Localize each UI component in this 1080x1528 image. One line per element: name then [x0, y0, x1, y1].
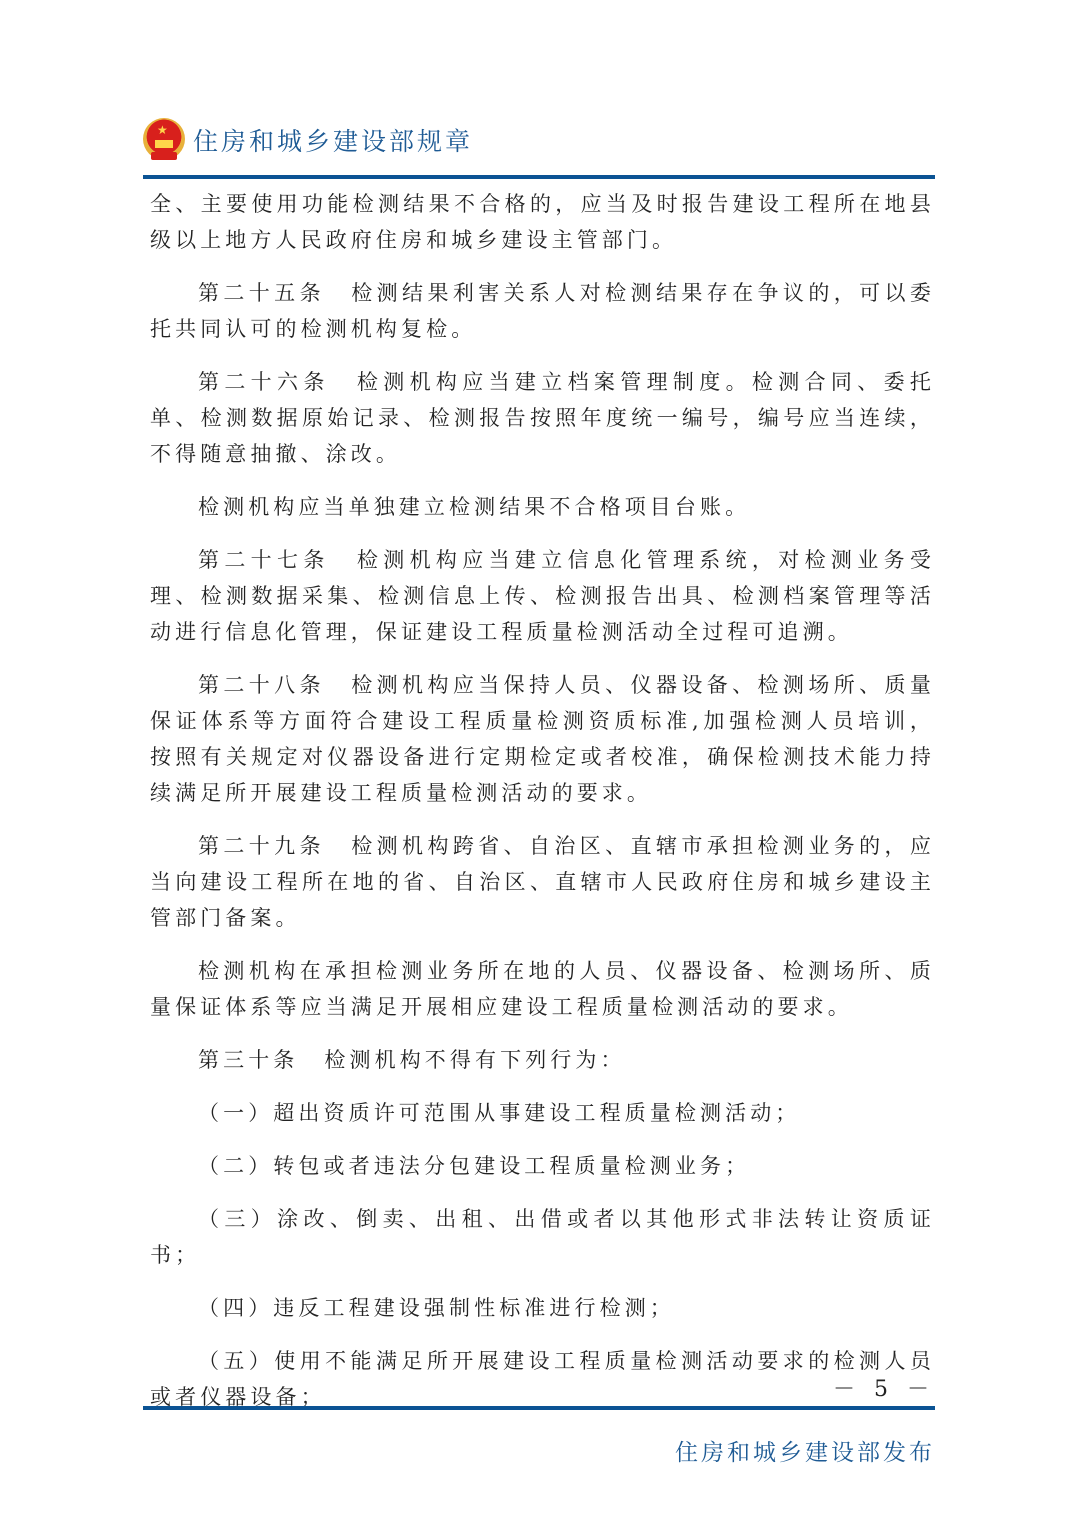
article-number: 第三十条 [198, 1048, 298, 1072]
article-28: 第二十八条检测机构应当保持人员、仪器设备、检测场所、质量保证体系等方面符合建设工… [150, 667, 935, 811]
list-item: （二）转包或者违法分包建设工程质量检测业务； [150, 1148, 935, 1184]
article-number: 第二十六条 [198, 370, 330, 394]
document-body: 全、主要使用功能检测结果不合格的，应当及时报告建设工程所在地县级以上地方人民政府… [150, 186, 935, 1432]
article-27: 第二十七条检测机构应当建立信息化管理系统，对检测业务受理、检测数据采集、检测信息… [150, 542, 935, 650]
page-number: － 5 － [833, 1372, 935, 1403]
header-divider [143, 175, 935, 179]
list-item: （五）使用不能满足所开展建设工程质量检测活动要求的检测人员或者仪器设备； [150, 1343, 935, 1415]
article-number: 第二十五条 [198, 281, 325, 305]
article-number: 第二十八条 [198, 673, 325, 697]
list-item: （四）违反工程建设强制性标准进行检测； [150, 1290, 935, 1326]
footer-divider [143, 1406, 935, 1410]
article-number: 第二十七条 [198, 548, 330, 572]
paragraph-continued: 全、主要使用功能检测结果不合格的，应当及时报告建设工程所在地县级以上地方人民政府… [150, 186, 935, 258]
footer-publisher: 住房和城乡建设部发布 [675, 1434, 935, 1467]
paragraph: 检测机构应当单独建立检测结果不合格项目台账。 [150, 489, 935, 525]
article-26: 第二十六条检测机构应当建立档案管理制度。检测合同、委托单、检测数据原始记录、检测… [150, 364, 935, 472]
page-header: ★ 住房和城乡建设部规章 [143, 118, 473, 162]
article-29: 第二十九条检测机构跨省、自治区、直辖市承担检测业务的，应当向建设工程所在地的省、… [150, 828, 935, 936]
national-emblem-icon: ★ [143, 118, 185, 162]
header-title: 住房和城乡建设部规章 [193, 122, 473, 158]
list-item: （一）超出资质许可范围从事建设工程质量检测活动； [150, 1095, 935, 1131]
article-number: 第二十九条 [198, 834, 325, 858]
article-25: 第二十五条检测结果利害关系人对检测结果存在争议的，可以委托共同认可的检测机构复检… [150, 275, 935, 347]
list-item: （三）涂改、倒卖、出租、出借或者以其他形式非法转让资质证书； [150, 1201, 935, 1273]
paragraph: 检测机构在承担检测业务所在地的人员、仪器设备、检测场所、质量保证体系等应当满足开… [150, 953, 935, 1025]
article-30: 第三十条检测机构不得有下列行为： [150, 1042, 935, 1078]
